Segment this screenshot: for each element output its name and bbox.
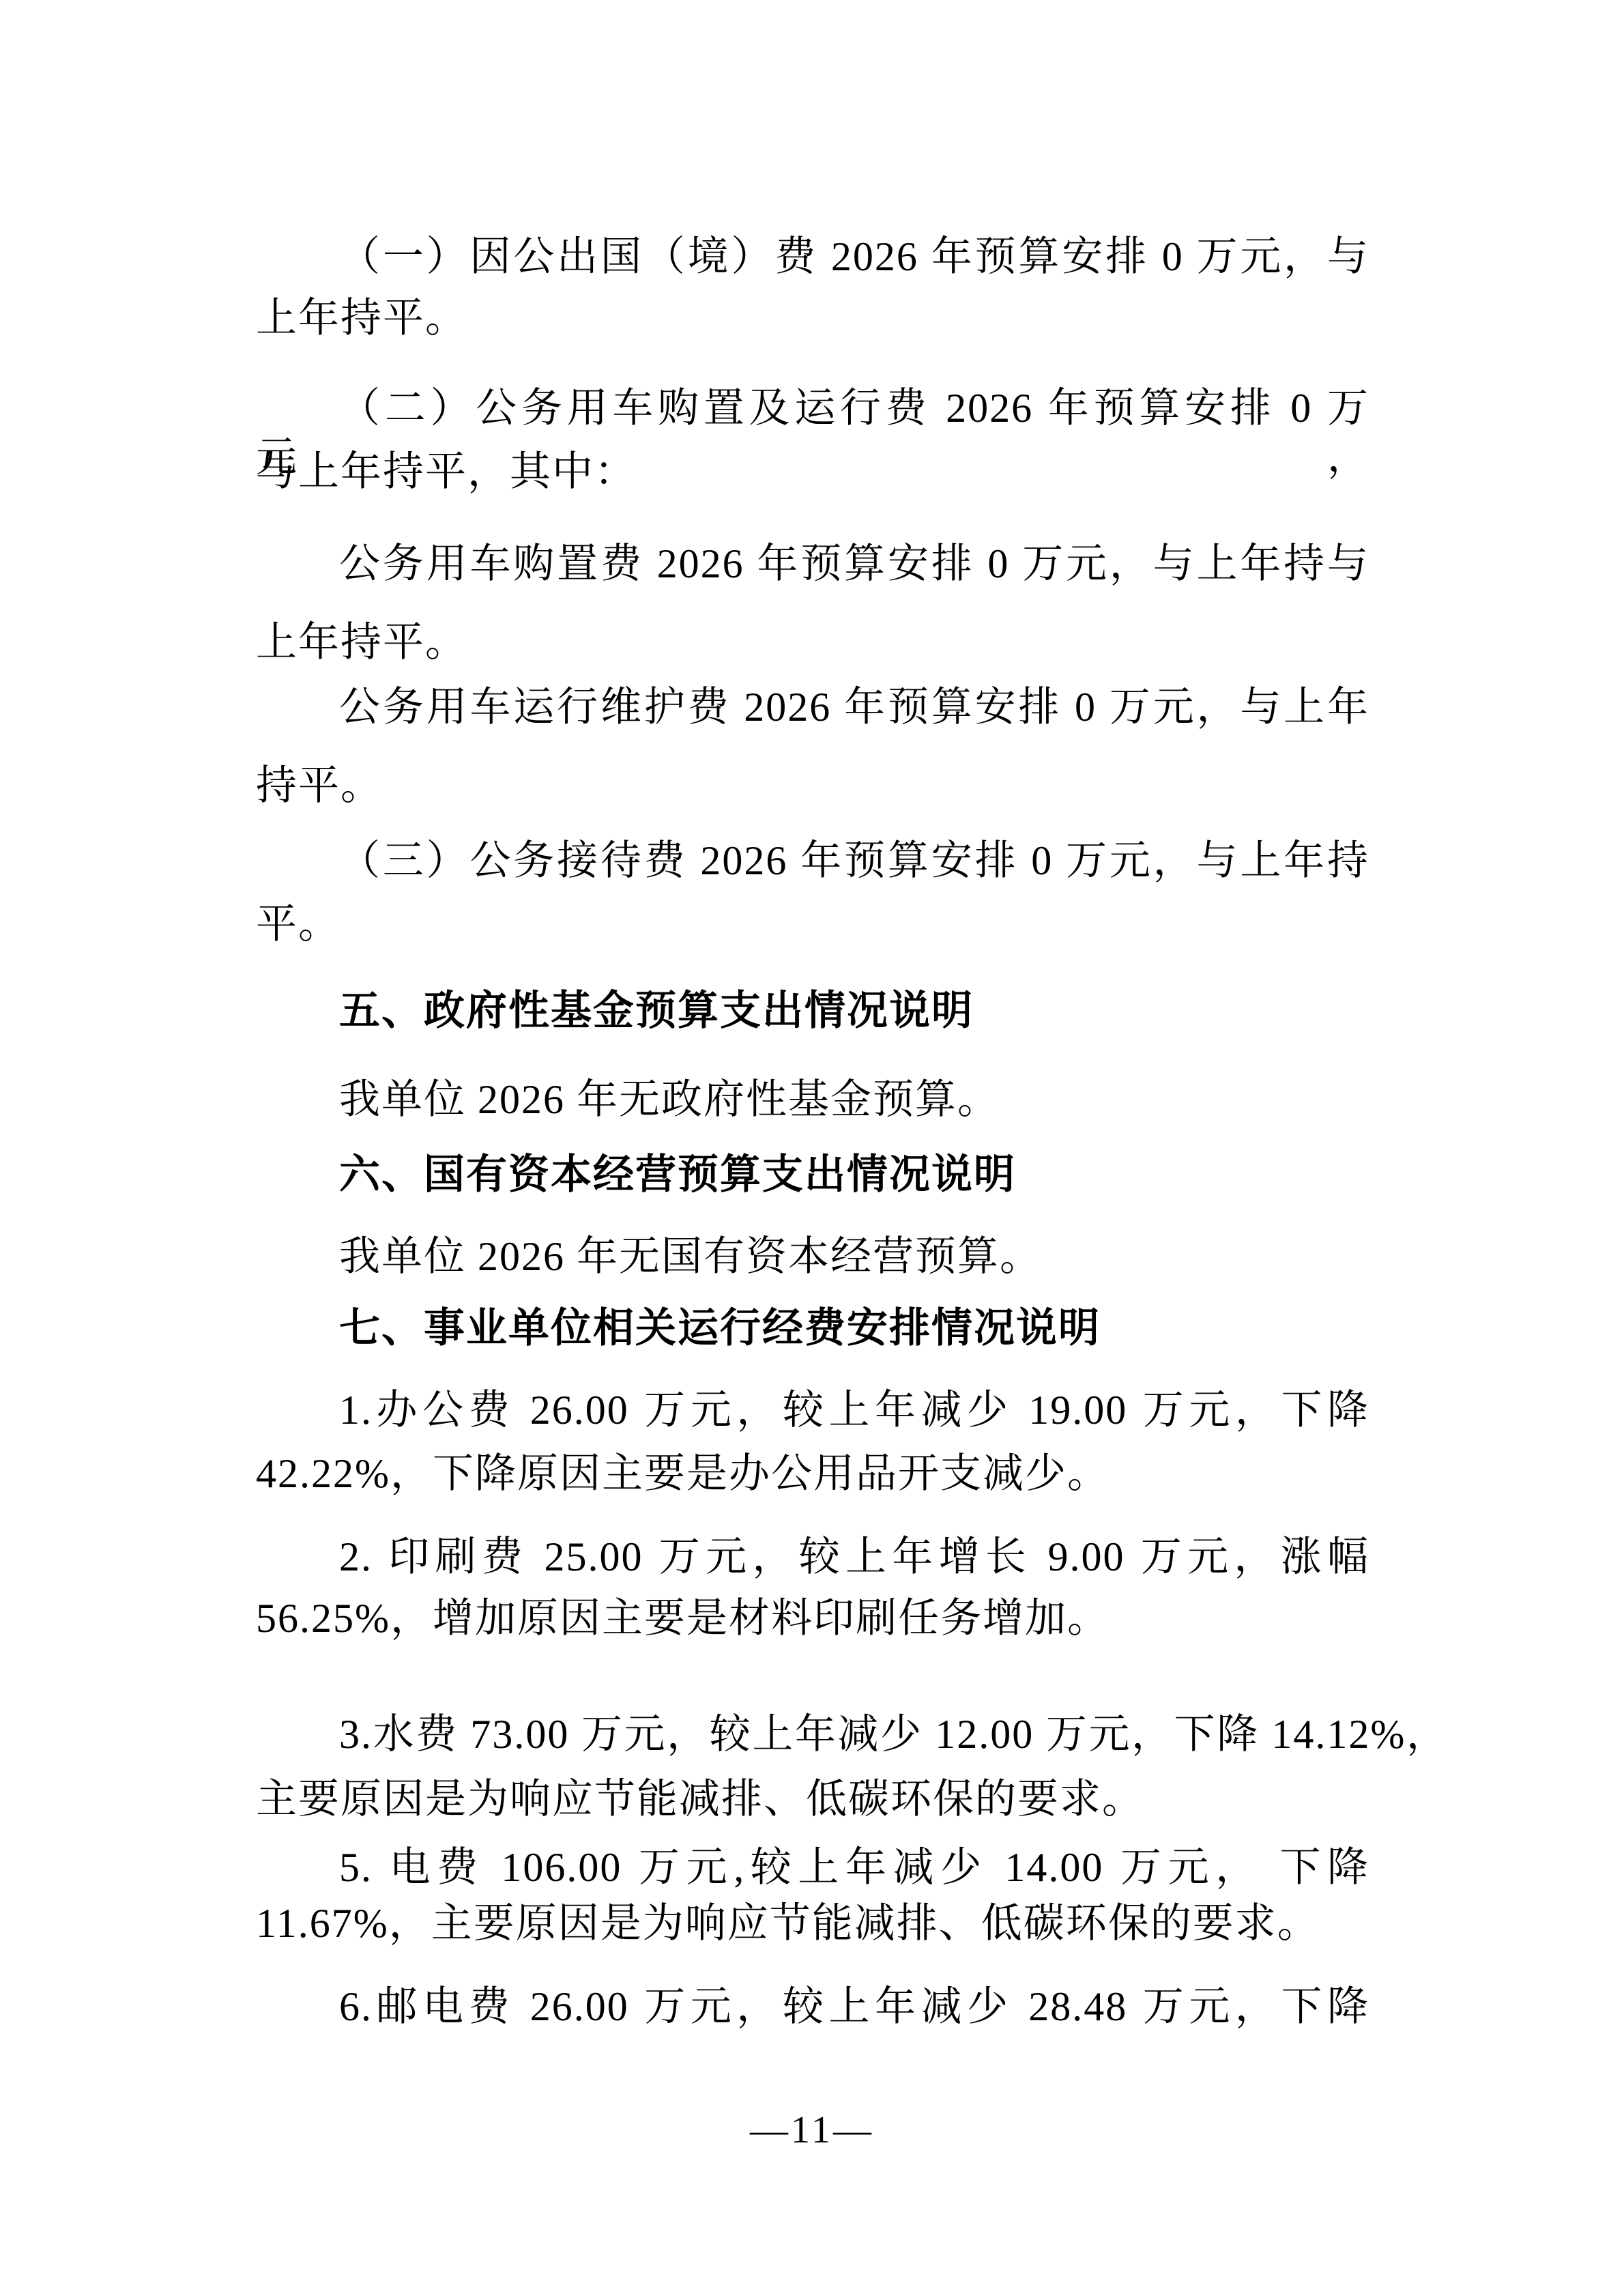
paragraph-line: 1.办公费 26.00 万元，较上年减少 19.00 万元，下降 bbox=[256, 1386, 1369, 1435]
paragraph-line: 主要原因是为响应节能减排、低碳环保的要求。 bbox=[256, 1775, 1369, 1824]
paragraph-line: 56.25%，增加原因主要是材料印刷任务增加。 bbox=[256, 1594, 1369, 1643]
paragraph-line: 上年持平。 bbox=[256, 618, 1369, 667]
paragraph-line: 我单位 2026 年无政府性基金预算。 bbox=[256, 1075, 1369, 1124]
paragraph-line: 公务用车购置费 2026 年预算安排 0 万元，与上年持与 bbox=[256, 539, 1369, 588]
section-heading-line: 六、国有资本经营预算支出情况说明 bbox=[256, 1150, 1369, 1199]
paragraph-line: 3.水费 73.00 万元，较上年减少 12.00 万元，下降 14.12%， bbox=[256, 1710, 1449, 1759]
section-heading-line: 五、政府性基金预算支出情况说明 bbox=[256, 986, 1369, 1035]
paragraph-line: 我单位 2026 年无国有资本经营预算。 bbox=[256, 1232, 1369, 1281]
paragraph-line: 42.22%，下降原因主要是办公用品开支减少。 bbox=[256, 1449, 1369, 1498]
paragraph-line: 持平。 bbox=[256, 761, 1369, 810]
paragraph-line: 11.67%，主要原因是为响应节能减排、低碳环保的要求。 bbox=[256, 1899, 1369, 1948]
paragraph-line: （一）因公出国（境）费 2026 年预算安排 0 万元，与 bbox=[256, 232, 1369, 281]
document-page: （一）因公出国（境）费 2026 年预算安排 0 万元，与上年持平。（二）公务用… bbox=[0, 0, 1624, 2296]
paragraph-line: 6.邮电费 26.00 万元，较上年减少 28.48 万元，下降 bbox=[256, 1982, 1369, 2031]
page-number: —11— bbox=[0, 2108, 1624, 2153]
paragraph-line: 上年持平。 bbox=[256, 293, 1369, 343]
paragraph-line: 公务用车运行维护费 2026 年预算安排 0 万元，与上年 bbox=[256, 683, 1369, 732]
paragraph-line: 2. 印刷费 25.00 万元，较上年增长 9.00 万元，涨幅 bbox=[256, 1532, 1369, 1581]
paragraph-line: 平。 bbox=[256, 900, 1369, 949]
paragraph-line: 与上年持平，其中： bbox=[256, 447, 1369, 496]
section-heading-line: 七、事业单位相关运行经费安排情况说明 bbox=[256, 1304, 1369, 1353]
paragraph-line: 5. 电费 106.00 万元,较上年减少 14.00 万元， 下降 bbox=[256, 1843, 1369, 1892]
paragraph-line: （三）公务接待费 2026 年预算安排 0 万元，与上年持 bbox=[256, 836, 1369, 885]
